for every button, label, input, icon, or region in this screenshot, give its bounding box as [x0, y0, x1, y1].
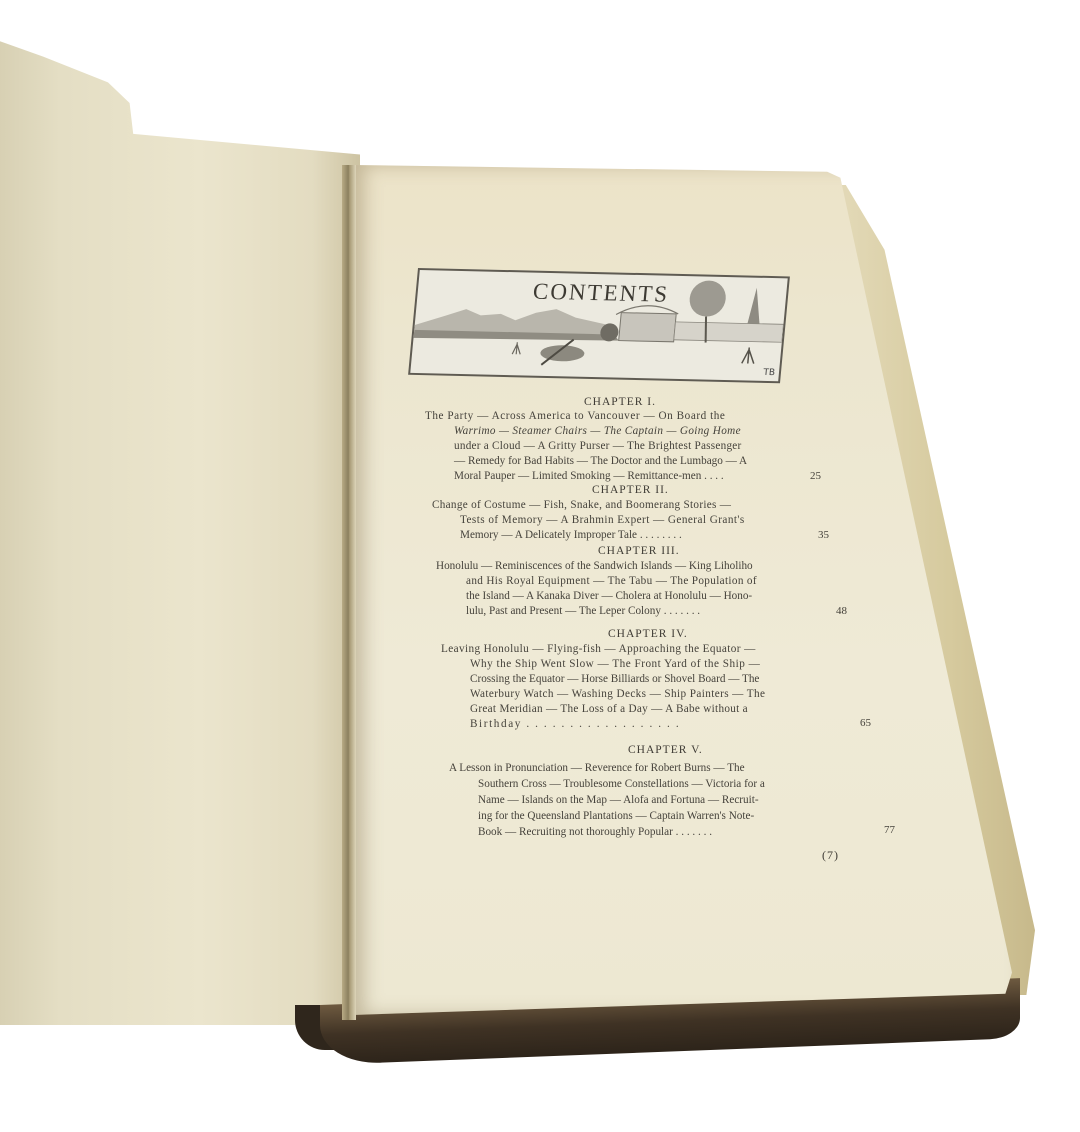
page-number: 65: [860, 717, 871, 729]
page-number: 25: [810, 470, 821, 482]
entry-line: lulu, Past and Present — The Leper Colon…: [466, 605, 700, 617]
entry-line: and His Royal Equipment — The Tabu — The…: [466, 575, 757, 587]
entry-line: Memory — A Delicately Improper Tale . . …: [460, 529, 682, 541]
entry-line: Birthday . . . . . . . . . . . . . . . .…: [470, 718, 680, 730]
entry-line: Tests of Memory — A Brahmin Expert — Gen…: [460, 514, 745, 526]
entry-line: Leaving Honolulu — Flying-fish — Approac…: [441, 643, 756, 655]
entry-line: Warrimo — Steamer Chairs — The Captain —…: [454, 425, 741, 437]
entry-line-text: Warrimo — Steamer Chairs — The Captain —…: [454, 425, 741, 437]
entry-line: under a Cloud — A Gritty Purser — The Br…: [454, 440, 742, 452]
entry-line: A Lesson in Pronunciation — Reverence fo…: [449, 762, 745, 774]
entry-line: The Party — Across America to Vancouver …: [425, 410, 725, 422]
entry-line: — Remedy for Bad Habits — The Doctor and…: [454, 455, 747, 467]
entry-line: Crossing the Equator — Horse Billiards o…: [470, 673, 759, 685]
chapter-heading: CHAPTER II.: [592, 484, 669, 496]
chapter-heading: CHAPTER IV.: [608, 628, 688, 640]
page-folio: (7): [822, 848, 839, 863]
entry-line: Name — Islands on the Map — Alofa and Fo…: [478, 794, 759, 806]
entry-line: Why the Ship Went Slow — The Front Yard …: [470, 658, 760, 670]
entry-line: Waterbury Watch — Washing Decks — Ship P…: [470, 688, 765, 700]
contents-header-illustration: CONTENTS TB: [408, 268, 790, 383]
book-gutter: [342, 165, 356, 1020]
artist-monogram: TB: [763, 368, 776, 378]
entry-line: Change of Costume — Fish, Snake, and Boo…: [432, 499, 731, 511]
entry-line: the Island — A Kanaka Diver — Cholera at…: [466, 590, 752, 602]
chapter-heading: CHAPTER V.: [628, 744, 703, 756]
page-number: 48: [836, 605, 847, 617]
entry-line: Book — Recruiting not thoroughly Popular…: [478, 826, 712, 838]
left-page-surface: [0, 40, 360, 1025]
chapter-heading: CHAPTER I.: [584, 396, 656, 408]
page-number: 77: [884, 824, 895, 836]
contents-title: CONTENTS: [532, 279, 670, 308]
entry-line: Great Meridian — The Loss of a Day — A B…: [470, 703, 748, 715]
left-page: [0, 0, 360, 1030]
entry-line: Southern Cross — Troublesome Constellati…: [478, 778, 765, 790]
page-number: 35: [818, 529, 829, 541]
entry-line: Honolulu — Reminiscences of the Sandwich…: [436, 560, 753, 572]
entry-line: ing for the Queensland Plantations — Cap…: [478, 810, 754, 822]
chapter-heading: CHAPTER III.: [598, 545, 680, 557]
entry-line: Moral Pauper — Limited Smoking — Remitta…: [454, 470, 724, 482]
